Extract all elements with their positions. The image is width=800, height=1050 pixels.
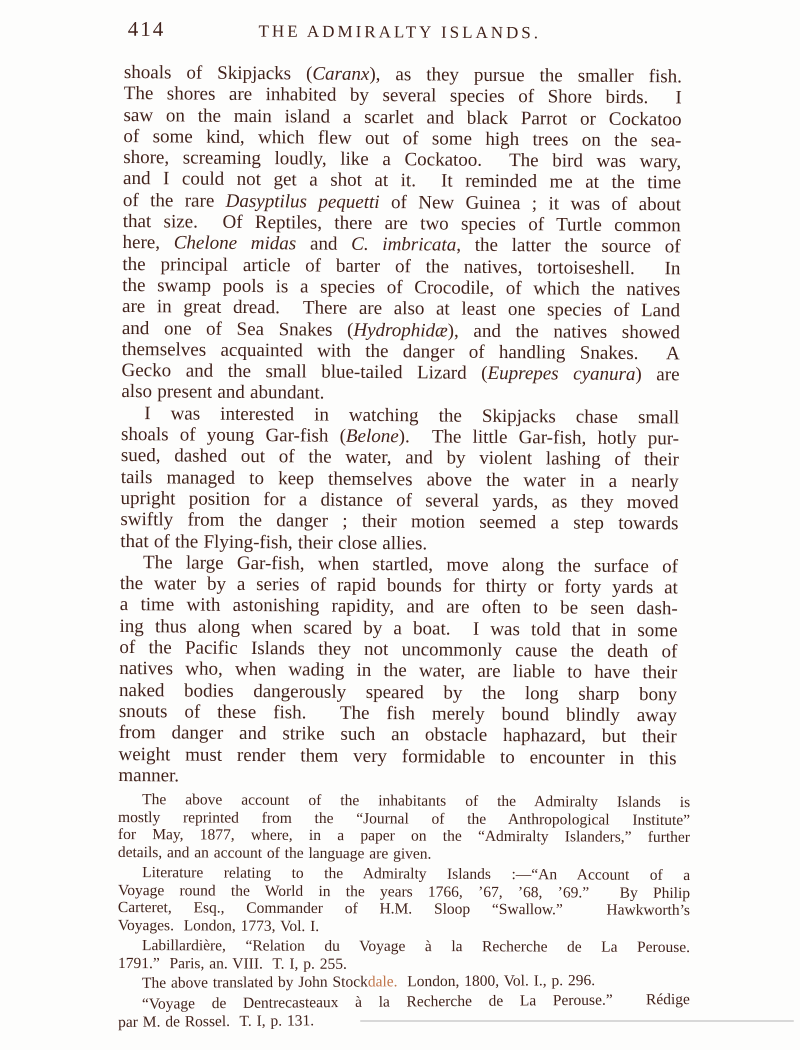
text-line: Carteret, Esq., Commander of H.M. Sloop … (118, 899, 690, 919)
body-text: shoals of Skipjacks (Caranx), as they pu… (118, 62, 682, 790)
text-line: details, and an account of the language … (118, 843, 690, 863)
footnotes: The above account of the inhabitants of … (118, 791, 690, 1034)
footnote: “Voyage de Dentrecasteaux à la Recherche… (118, 991, 690, 1031)
scan-artifact-line (360, 1020, 794, 1022)
text-line: Literature relating to the Admiralty Isl… (118, 864, 690, 884)
text-line: weight must render them very formidable … (118, 743, 676, 769)
running-header: 414 THE ADMIRALTY ISLANDS. (0, 0, 800, 55)
footnote: The above account of the inhabitants of … (118, 791, 690, 864)
text-line: Voyages. London, 1773, Vol. I. (118, 916, 690, 936)
text-line: The above translated by John Stockdale. … (118, 972, 690, 993)
footnote: Literature relating to the Admiralty Isl… (118, 864, 690, 937)
running-header-title: THE ADMIRALTY ISLANDS. (0, 20, 800, 45)
footnote: Labillardière, “Relation du Voyage à la … (118, 937, 690, 974)
text-line: The above account of the inhabitants of … (118, 791, 690, 811)
paragraph: shoals of Skipjacks (Caranx), as they pu… (121, 62, 682, 407)
text-line: Labillardière, “Relation du Voyage à la … (118, 937, 690, 956)
paragraph: The large Gar-fish, when startled, move … (118, 552, 678, 791)
footnote: The above translated by John Stockdale. … (118, 972, 690, 993)
text-line: for May, 1877, where, in a paper on the … (118, 826, 690, 846)
book-page: 414 THE ADMIRALTY ISLANDS. shoals of Ski… (0, 0, 800, 1050)
text-line: manner. (118, 765, 676, 791)
paragraph: I was interested in watching the Skipjac… (120, 403, 679, 556)
